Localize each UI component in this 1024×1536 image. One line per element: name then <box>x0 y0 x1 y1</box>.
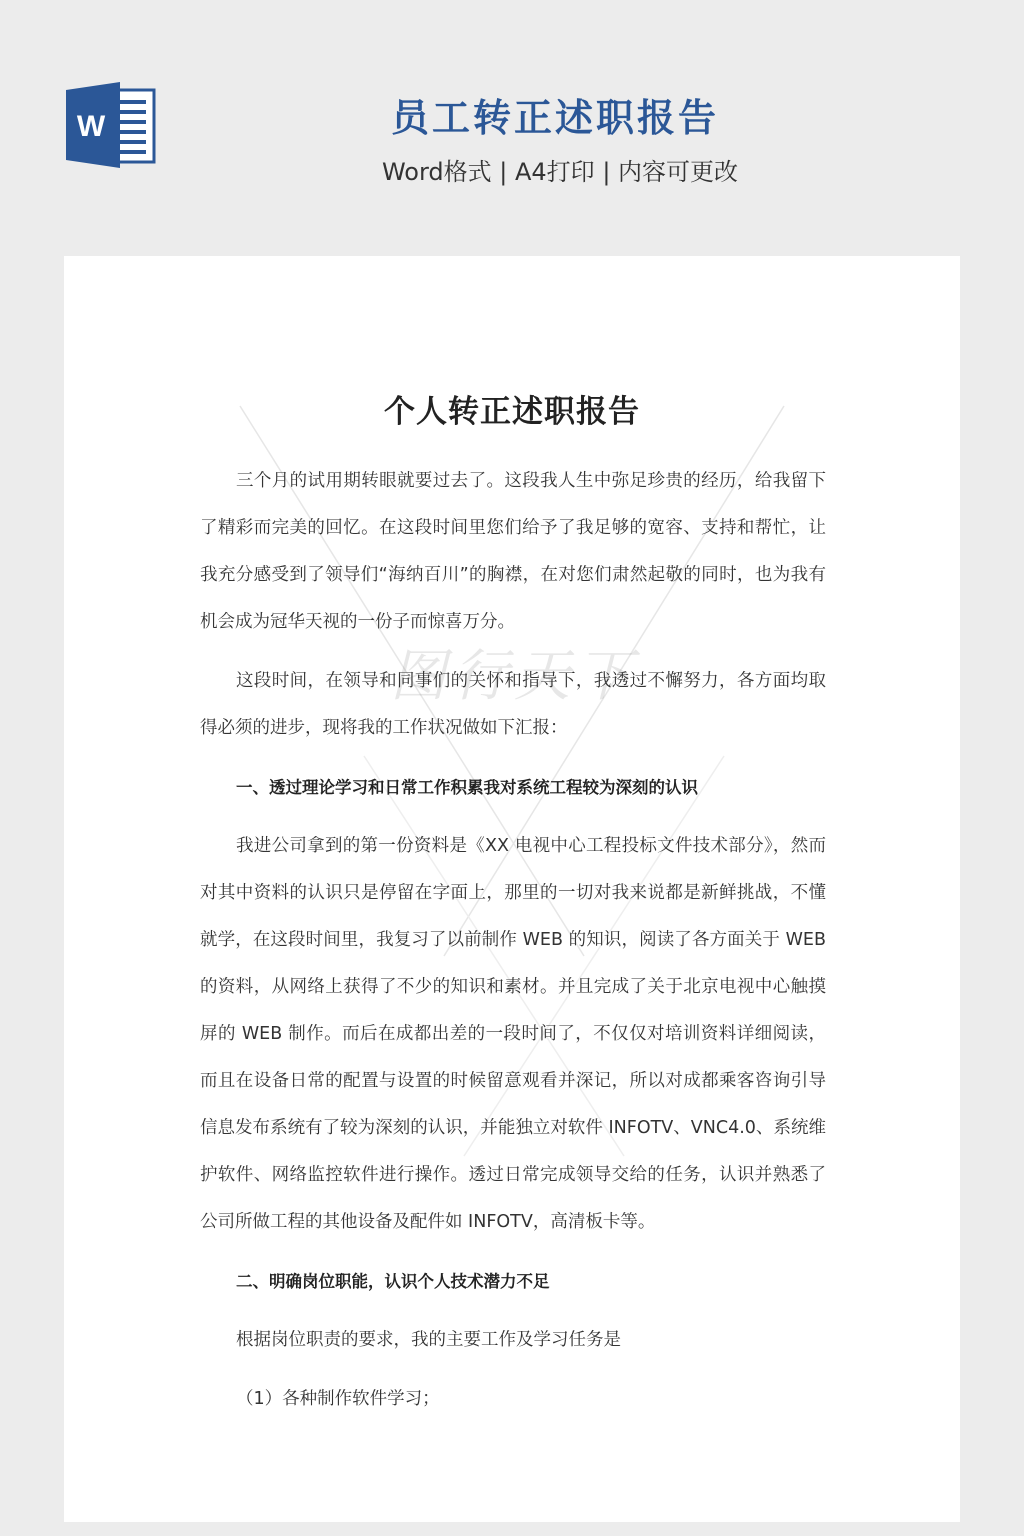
document-body: 三个月的试用期转眼就要过去了。这段我人生中弥足珍贵的经历，给我留下了精彩而完美的… <box>200 458 826 1423</box>
banner-title: 员工转正述职报告 <box>330 92 780 144</box>
paragraph: 我进公司拿到的第一份资料是《XX 电视中心工程投标文件技术部分》，然而对其中资料… <box>200 823 826 1246</box>
paragraph: 三个月的试用期转眼就要过去了。这段我人生中弥足珍贵的经历，给我留下了精彩而完美的… <box>200 458 826 646</box>
paragraph: 这段时间，在领导和同事们的关怀和指导下，我透过不懈努力，各方面均取得必须的进步，… <box>200 658 826 752</box>
list-item: （1）各种制作软件学习； <box>200 1376 826 1423</box>
word-icon: W <box>64 80 158 170</box>
svg-text:W: W <box>77 110 106 143</box>
document-title: 个人转正述职报告 <box>64 388 960 436</box>
banner-subtitle: Word格式 | A4打印 | 内容可更改 <box>310 152 810 192</box>
section-heading: 二、明确岗位职能，认识个人技术潜力不足 <box>200 1258 826 1305</box>
section-heading: 一、透过理论学习和日常工作积累我对系统工程较为深刻的认识 <box>200 764 826 811</box>
document-page: 图行天下 个人转正述职报告 三个月的试用期转眼就要过去了。这段我人生中弥足珍贵的… <box>64 256 960 1522</box>
paragraph: 根据岗位职责的要求，我的主要工作及学习任务是 <box>200 1317 826 1364</box>
